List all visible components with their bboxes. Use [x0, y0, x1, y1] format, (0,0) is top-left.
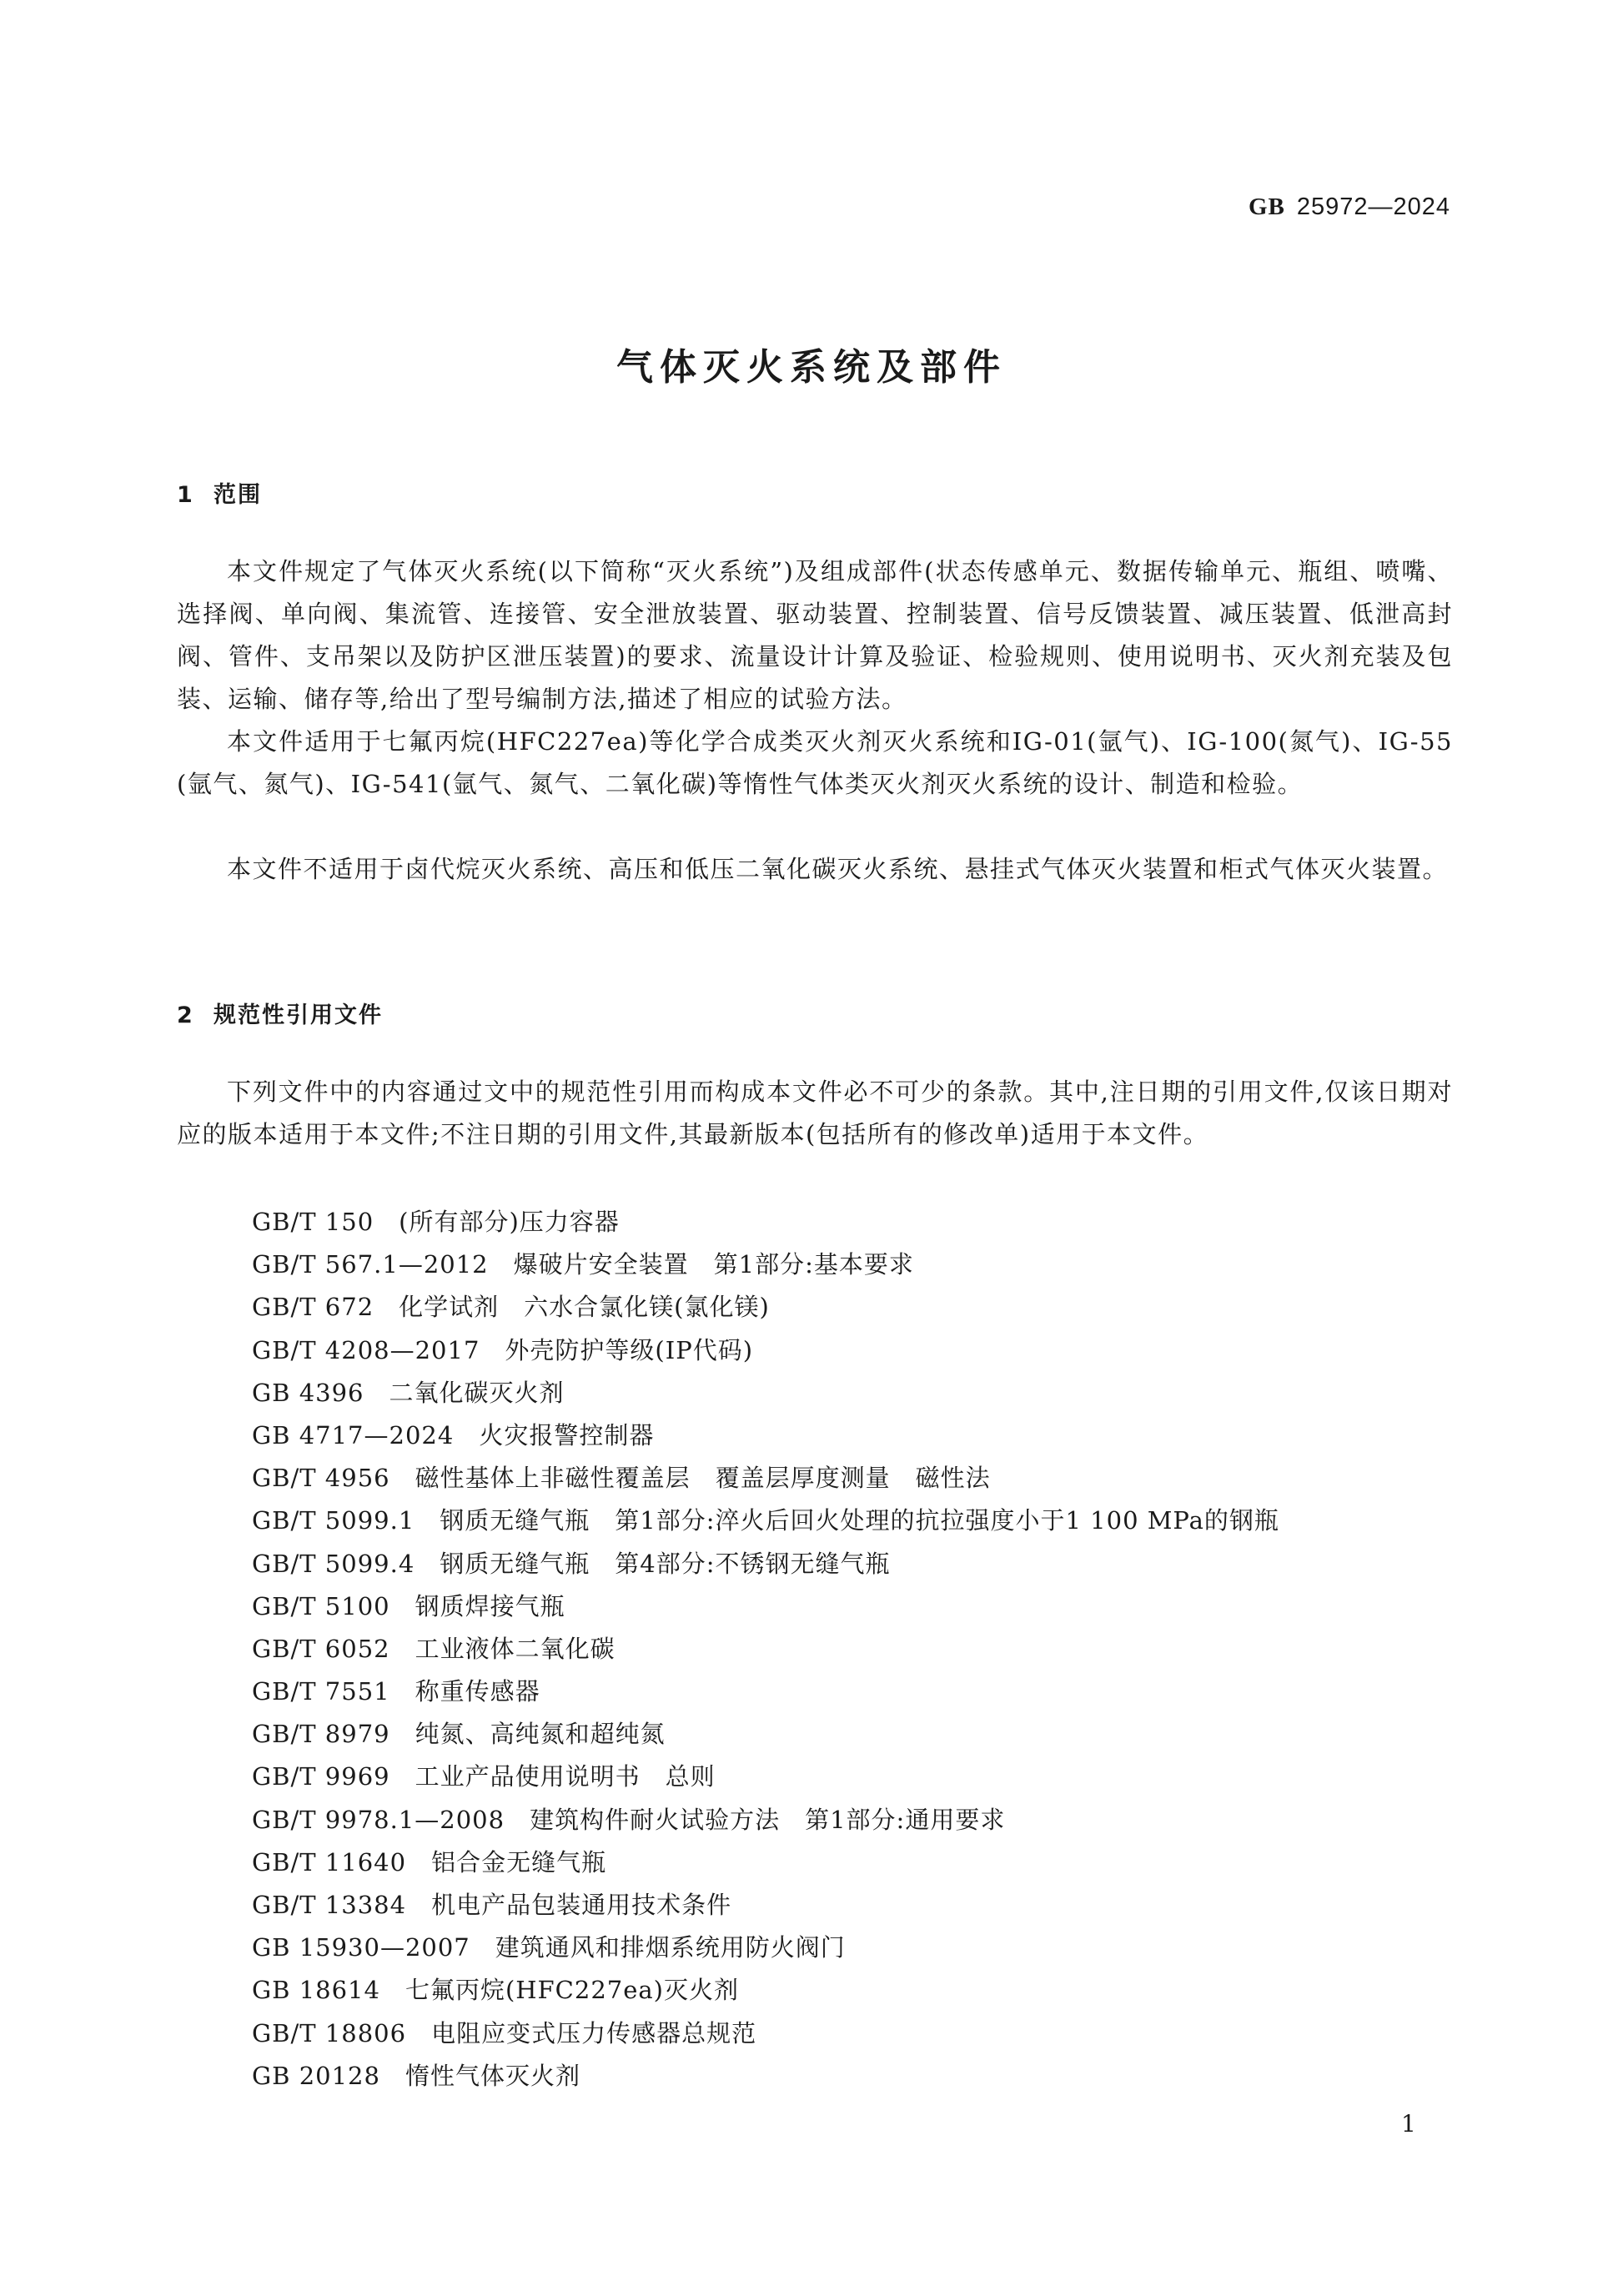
- reference-title: 建筑构件耐火试验方法 第1部分:通用要求: [530, 1806, 1005, 1834]
- reference-code: GB/T 4208—2017: [252, 1329, 480, 1372]
- reference-item: GB 4717—2024火灾报警控制器: [252, 1414, 1279, 1457]
- reference-item: GB/T 4956磁性基体上非磁性覆盖层 覆盖层厚度测量 磁性法: [252, 1457, 1279, 1500]
- scope-paragraph-2: 本文件适用于七氟丙烷(HFC227ea)等化学合成类灭火剂灭火系统和IG-01(…: [177, 721, 1453, 806]
- reference-title: 称重传感器: [415, 1677, 540, 1706]
- reference-title: 七氟丙烷(HFC227ea)灭火剂: [405, 1976, 739, 2004]
- reference-title: 电阻应变式压力传感器总规范: [431, 2019, 756, 2047]
- reference-item: GB/T 5099.4钢质无缝气瓶 第4部分:不锈钢无缝气瓶: [252, 1543, 1279, 1585]
- reference-title: (所有部分)压力容器: [399, 1208, 620, 1236]
- reference-code: GB/T 9969: [252, 1756, 390, 1798]
- reference-code: GB/T 13384: [252, 1884, 406, 1927]
- standard-code: GB25972—2024: [1249, 193, 1450, 221]
- reference-item: GB/T 7551称重传感器: [252, 1671, 1279, 1713]
- reference-item: GB/T 672化学试剂 六水合氯化镁(氯化镁): [252, 1286, 1279, 1329]
- reference-item: GB/T 567.1—2012爆破片安全装置 第1部分:基本要求: [252, 1243, 1279, 1286]
- reference-item: GB/T 9978.1—2008建筑构件耐火试验方法 第1部分:通用要求: [252, 1799, 1279, 1841]
- reference-item: GB/T 5099.1钢质无缝气瓶 第1部分:淬火后回火处理的抗拉强度小于1 1…: [252, 1500, 1279, 1542]
- reference-code: GB/T 9978.1—2008: [252, 1799, 505, 1841]
- reference-code: GB 4396: [252, 1372, 364, 1414]
- reference-title: 工业液体二氧化碳: [415, 1635, 616, 1663]
- reference-title: 火灾报警控制器: [479, 1421, 654, 1449]
- section-title: 范围: [214, 482, 262, 508]
- reference-item: GB/T 11640铝合金无缝气瓶: [252, 1841, 1279, 1884]
- reference-code: GB/T 5099.1: [252, 1500, 415, 1542]
- standard-prefix: GB: [1249, 193, 1285, 220]
- reference-item: GB/T 8979纯氮、高纯氮和超纯氮: [252, 1713, 1279, 1756]
- reference-item: GB/T 13384机电产品包装通用技术条件: [252, 1884, 1279, 1927]
- reference-code: GB/T 8979: [252, 1713, 390, 1756]
- reference-code: GB 15930—2007: [252, 1927, 470, 1969]
- reference-item: GB 20128惰性气体灭火剂: [252, 2055, 1279, 2098]
- reference-code: GB 4717—2024: [252, 1414, 454, 1457]
- reference-item: GB/T 6052工业液体二氧化碳: [252, 1628, 1279, 1671]
- reference-code: GB/T 5100: [252, 1585, 390, 1628]
- reference-code: GB/T 7551: [252, 1671, 390, 1713]
- document-title: 气体灭火系统及部件: [0, 337, 1623, 390]
- section-title: 规范性引用文件: [214, 1002, 383, 1028]
- section-heading-scope: 1范围: [177, 476, 262, 509]
- reference-item: GB/T 5100钢质焊接气瓶: [252, 1585, 1279, 1628]
- reference-title: 二氧化碳灭火剂: [389, 1379, 565, 1407]
- references-intro-paragraph: 下列文件中的内容通过文中的规范性引用而构成本文件必不可少的条款。其中,注日期的引…: [177, 1071, 1453, 1156]
- scope-paragraph-3: 本文件不适用于卤代烷灭火系统、高压和低压二氧化碳灭火系统、悬挂式气体灭火装置和柜…: [177, 848, 1453, 891]
- reference-code: GB/T 567.1—2012: [252, 1243, 489, 1286]
- reference-code: GB/T 150: [252, 1201, 374, 1243]
- reference-title: 钢质焊接气瓶: [415, 1592, 565, 1620]
- document-page: GB25972—2024 气体灭火系统及部件 1范围 本文件规定了气体灭火系统(…: [0, 0, 1623, 2296]
- reference-title: 纯氮、高纯氮和超纯氮: [415, 1720, 666, 1748]
- scope-paragraph-1: 本文件规定了气体灭火系统(以下简称“灭火系统”)及组成部件(状态传感单元、数据传…: [177, 550, 1453, 721]
- reference-title: 建筑通风和排烟系统用防火阀门: [495, 1933, 846, 1962]
- reference-code: GB/T 5099.4: [252, 1543, 415, 1585]
- section-heading-normative-references: 2规范性引用文件: [177, 997, 383, 1029]
- reference-title: 钢质无缝气瓶 第1部分:淬火后回火处理的抗拉强度小于1 100 MPa的钢瓶: [440, 1506, 1279, 1535]
- reference-title: 外壳防护等级(IP代码): [505, 1336, 753, 1364]
- reference-code: GB/T 18806: [252, 2012, 406, 2055]
- reference-title: 惰性气体灭火剂: [405, 2062, 580, 2090]
- reference-code: GB 18614: [252, 1969, 380, 2012]
- reference-item: GB/T 150(所有部分)压力容器: [252, 1201, 1279, 1243]
- reference-item: GB/T 4208—2017外壳防护等级(IP代码): [252, 1329, 1279, 1372]
- reference-code: GB 20128: [252, 2055, 380, 2098]
- reference-code: GB/T 6052: [252, 1628, 390, 1671]
- reference-title: 工业产品使用说明书 总则: [415, 1762, 716, 1791]
- reference-item: GB 15930—2007建筑通风和排烟系统用防火阀门: [252, 1927, 1279, 1969]
- section-number: 2: [177, 1002, 214, 1028]
- reference-title: 磁性基体上非磁性覆盖层 覆盖层厚度测量 磁性法: [415, 1464, 991, 1492]
- reference-item: GB/T 18806电阻应变式压力传感器总规范: [252, 2012, 1279, 2055]
- section-number: 1: [177, 482, 214, 508]
- reference-title: 铝合金无缝气瓶: [431, 1848, 606, 1876]
- reference-title: 机电产品包装通用技术条件: [431, 1891, 731, 1919]
- reference-title: 钢质无缝气瓶 第4部分:不锈钢无缝气瓶: [440, 1550, 890, 1578]
- reference-title: 化学试剂 六水合氯化镁(氯化镁): [399, 1293, 770, 1321]
- standard-number: 25972—2024: [1297, 193, 1450, 220]
- page-number: 1: [1401, 2110, 1416, 2138]
- reference-title: 爆破片安全装置 第1部分:基本要求: [514, 1250, 914, 1279]
- reference-item: GB/T 9969工业产品使用说明书 总则: [252, 1756, 1279, 1798]
- reference-list: GB/T 150(所有部分)压力容器 GB/T 567.1—2012爆破片安全装…: [252, 1201, 1279, 2098]
- reference-item: GB 18614七氟丙烷(HFC227ea)灭火剂: [252, 1969, 1279, 2012]
- reference-item: GB 4396二氧化碳灭火剂: [252, 1372, 1279, 1414]
- reference-code: GB/T 11640: [252, 1841, 406, 1884]
- reference-code: GB/T 4956: [252, 1457, 390, 1500]
- reference-code: GB/T 672: [252, 1286, 374, 1329]
